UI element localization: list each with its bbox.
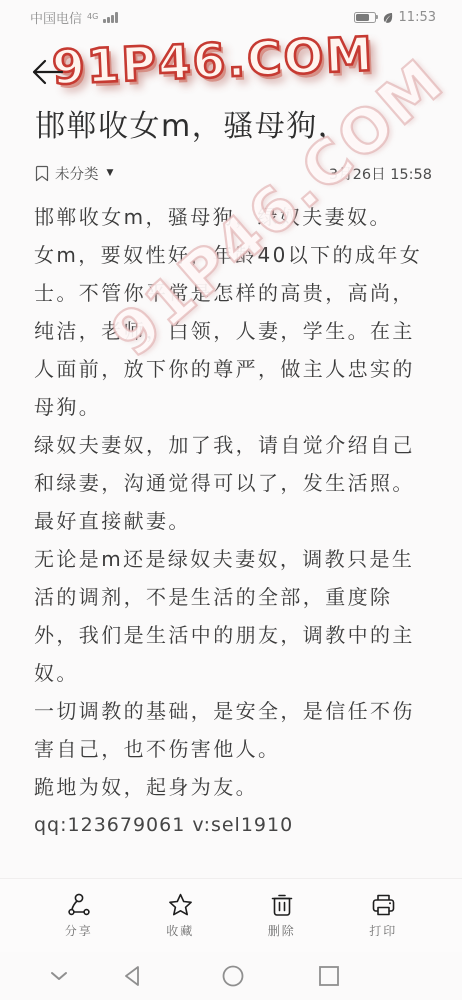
power-saving-leaf-icon bbox=[381, 11, 394, 24]
note-text-line: 跪地为奴，起身为友。 bbox=[34, 768, 436, 806]
print-label: 打印 bbox=[369, 922, 397, 939]
note-text-line: 邯郸收女m，骚母狗，绿奴夫妻奴。 bbox=[34, 198, 436, 236]
note-contact-line: qq:123679061 v:sel1910 bbox=[34, 806, 436, 844]
note-date: 3月26日 15:58 bbox=[329, 163, 432, 184]
note-text-line: 最好直接献妻。 bbox=[34, 502, 436, 540]
delete-button[interactable]: 删除 bbox=[247, 892, 317, 939]
bookmark-icon bbox=[35, 165, 49, 182]
nav-recents-icon[interactable] bbox=[316, 964, 342, 988]
share-icon bbox=[66, 892, 92, 918]
note-meta-row: 未分类 ▼ 3月26日 15:58 bbox=[35, 160, 432, 186]
note-text-line: 纯洁，老师，白领，人妻，学生。在主 bbox=[34, 312, 436, 350]
trash-icon bbox=[269, 892, 295, 918]
star-icon bbox=[167, 892, 194, 918]
note-text-line: 一切调教的基础，是安全，是信任不伤 bbox=[34, 692, 436, 730]
hide-navbar-chevron-icon[interactable] bbox=[46, 964, 72, 988]
system-nav-bar bbox=[0, 952, 462, 1000]
note-body[interactable]: 邯郸收女m，骚母狗，绿奴夫妻奴。 女m，要奴性好，年龄40以下的成年女 士。不管… bbox=[34, 198, 436, 844]
note-text-line: 女m，要奴性好，年龄40以下的成年女 bbox=[34, 236, 436, 274]
carrier-label: 中国电信 bbox=[30, 8, 82, 27]
note-text-line: 绿奴夫妻奴，加了我，请自觉介绍自己 bbox=[34, 426, 436, 464]
network-type-label: 4G bbox=[87, 13, 98, 21]
share-label: 分享 bbox=[65, 922, 93, 939]
note-title: 邯郸收女m，骚母狗， bbox=[35, 101, 442, 145]
status-bar: 中国电信 4G 11:53 bbox=[0, 0, 462, 30]
category-selector[interactable]: 未分类 ▼ bbox=[35, 163, 113, 184]
note-action-toolbar: 分享 收藏 删除 打印 bbox=[0, 878, 462, 952]
share-button[interactable]: 分享 bbox=[44, 892, 114, 939]
notes-app-screen: 中国电信 4G 11:53 91P46.COM 91P46.COM 邯郸收女m，… bbox=[0, 0, 462, 1000]
note-text-line: 母狗。 bbox=[34, 388, 436, 426]
print-button[interactable]: 打印 bbox=[348, 892, 418, 939]
note-text-line: 士。不管你平常是怎样的高贵，高尚， bbox=[34, 274, 436, 312]
note-text-line: 无论是m还是绿奴夫妻奴，调教只是生 bbox=[34, 540, 436, 578]
note-text-line: 外，我们是生活中的朋友，调教中的主 bbox=[34, 616, 436, 654]
category-label: 未分类 bbox=[55, 163, 99, 184]
note-text-line: 奴。 bbox=[34, 654, 436, 692]
note-text-line: 人面前，放下你的尊严，做主人忠实的 bbox=[34, 350, 436, 388]
red-site-watermark: 91P46.COM bbox=[51, 27, 375, 96]
note-text-line: 活的调剂，不是生活的全部，重度除 bbox=[34, 578, 436, 616]
clock: 11:53 bbox=[399, 10, 436, 25]
nav-back-icon[interactable] bbox=[120, 964, 146, 988]
nav-home-icon[interactable] bbox=[220, 964, 246, 988]
delete-label: 删除 bbox=[268, 922, 296, 939]
printer-icon bbox=[370, 892, 397, 918]
battery-icon bbox=[354, 12, 376, 23]
note-text-line: 害自己，也不伤害他人。 bbox=[34, 730, 436, 768]
favorite-button[interactable]: 收藏 bbox=[145, 892, 215, 939]
signal-bars-icon bbox=[103, 12, 118, 23]
chevron-down-icon: ▼ bbox=[107, 168, 114, 178]
note-text-line: 和绿妻，沟通觉得可以了，发生活照。 bbox=[34, 464, 436, 502]
back-arrow-icon[interactable] bbox=[28, 54, 66, 90]
favorite-label: 收藏 bbox=[166, 922, 194, 939]
